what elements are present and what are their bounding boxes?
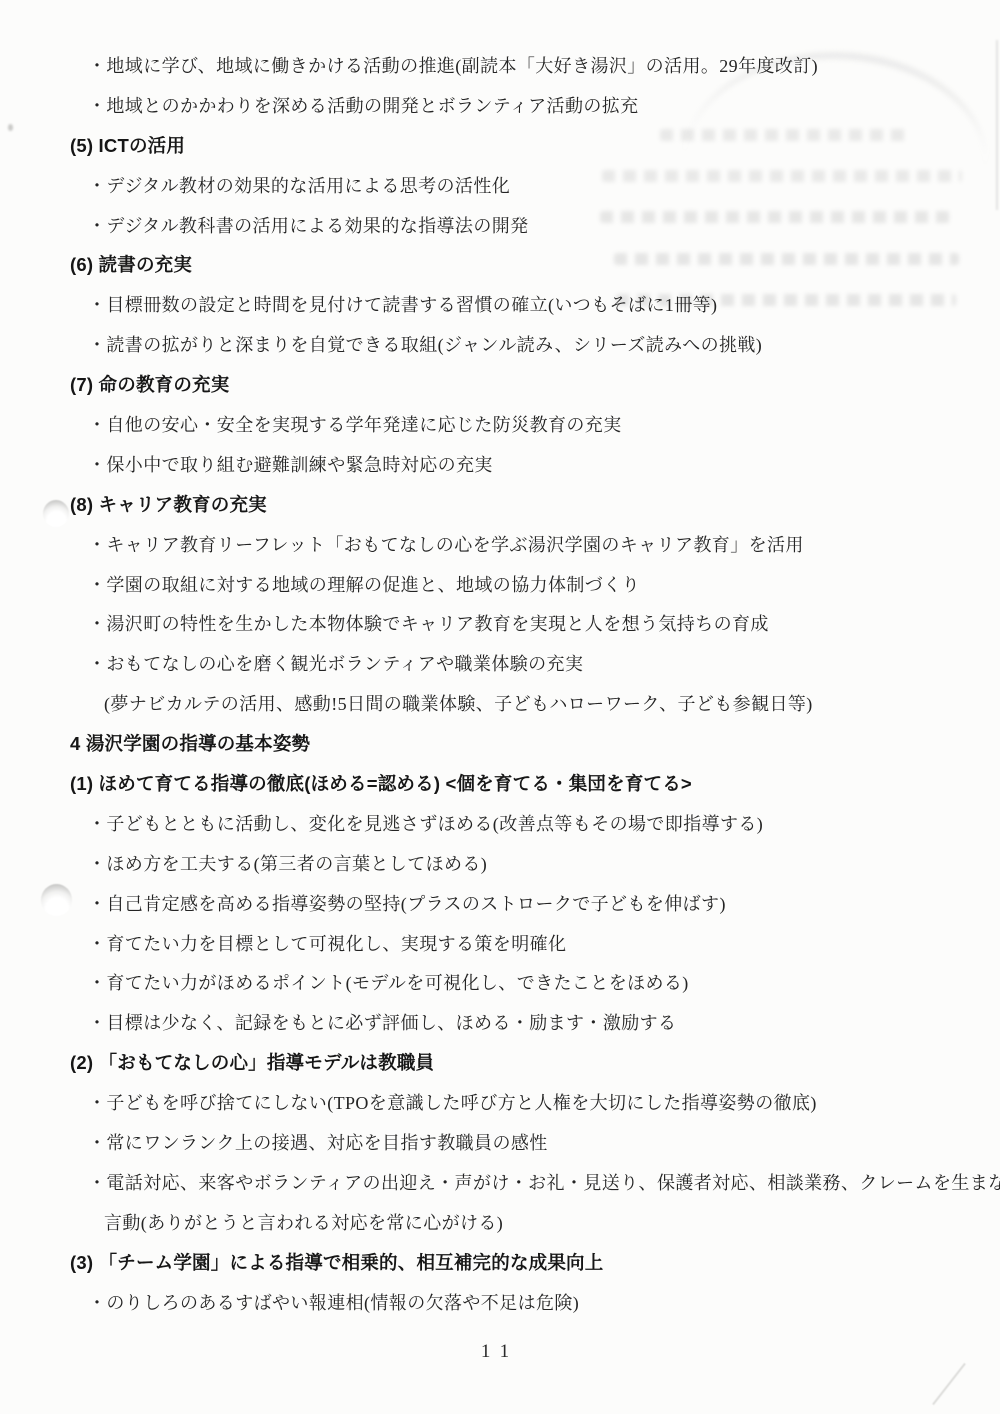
text-line: ・学園の取組に対する地域の理解の促進と、地域の協力体制づくり — [0, 571, 1000, 611]
text-line: ・デジタル教材の効果的な活用による思考の活性化 — [0, 172, 1000, 212]
text-line: ・子どもとともに活動し、変化を見逃さずほめる(改善点等もその場で即指導する) — [0, 810, 1000, 850]
heading-line: 4 湯沢学園の指導の基本姿勢 — [0, 730, 1000, 770]
heading-line: (6) 読書の充実 — [0, 251, 1000, 291]
text-line: (夢ナビカルテの活用、感動!5日間の職業体験、子どもハローワーク、子ども参観日等… — [0, 690, 1000, 730]
text-line: ・電話対応、来客やボランティアの出迎え・声がけ・お礼・見送り、保護者対応、相談業… — [0, 1169, 1000, 1209]
text-line: ・子どもを呼び捨てにしない(TPOを意識した呼び方と人権を大切にした指導姿勢の徹… — [0, 1089, 1000, 1129]
text-line: ・自己肯定感を高める指導姿勢の堅持(プラスのストロークで子どもを伸ばす) — [0, 890, 1000, 930]
text-line: 言動(ありがとうと言われる対応を常に心がける) — [0, 1209, 1000, 1249]
heading-line: (2) 「おもてなしの心」指導モデルは教職員 — [0, 1049, 1000, 1089]
heading-line: (7) 命の教育の充実 — [0, 371, 1000, 411]
heading-line: (1) ほめて育てる指導の徹底(ほめる=認める) <個を育てる・集団を育てる> — [0, 770, 1000, 810]
scan-scratch-artifact — [932, 1363, 966, 1405]
text-line: ・育てたい力がほめるポイント(モデルを可視化し、できたことをほめる) — [0, 969, 1000, 1009]
text-line: ・地域とのかかわりを深める活動の開発とボランティア活動の拡充 — [0, 92, 1000, 132]
text-line: ・デジタル教科書の活用による効果的な指導法の開発 — [0, 212, 1000, 252]
text-line: ・自他の安心・安全を実現する学年発達に応じた防災教育の充実 — [0, 411, 1000, 451]
text-line: ・地域に学び、地域に働きかける活動の推進(副読本「大好き湯沢」の活用。29年度改… — [0, 52, 1000, 92]
text-line: ・目標冊数の設定と時間を見付けて読書する習慣の確立(いつもそばに1冊等) — [0, 291, 1000, 331]
heading-line: (5) ICTの活用 — [0, 132, 1000, 172]
text-line: ・保小中で取り組む避難訓練や緊急時対応の充実 — [0, 451, 1000, 491]
scanned-document-page: ・地域に学び、地域に働きかける活動の推進(副読本「大好き湯沢」の活用。29年度改… — [0, 0, 1000, 1414]
document-body: ・地域に学び、地域に働きかける活動の推進(副読本「大好き湯沢」の活用。29年度改… — [0, 52, 1000, 1329]
text-line: ・ほめ方を工夫する(第三者の言葉としてほめる) — [0, 850, 1000, 890]
text-line: ・湯沢町の特性を生かした本物体験でキャリア教育を実現と人を想う気持ちの育成 — [0, 610, 1000, 650]
text-line: ・常にワンランク上の接遇、対応を目指す教職員の感性 — [0, 1129, 1000, 1169]
text-line: ・読書の拡がりと深まりを自覚できる取組(ジャンル読み、シリーズ読みへの挑戦) — [0, 331, 1000, 371]
heading-line: (3) 「チーム学園」による指導で相乗的、相互補完的な成果向上 — [0, 1249, 1000, 1289]
text-line: ・おもてなしの心を磨く観光ボランティアや職業体験の充実 — [0, 650, 1000, 690]
page-number: 11 — [0, 1341, 1000, 1363]
text-line: ・キャリア教育リーフレット「おもてなしの心を学ぶ湯沢学園のキャリア教育」を活用 — [0, 531, 1000, 571]
heading-line: (8) キャリア教育の充実 — [0, 491, 1000, 531]
text-line: ・育てたい力を目標として可視化し、実現する策を明確化 — [0, 930, 1000, 970]
text-line: ・目標は少なく、記録をもとに必ず評価し、ほめる・励ます・激励する — [0, 1009, 1000, 1049]
text-line: ・のりしろのあるすばやい報連相(情報の欠落や不足は危険) — [0, 1289, 1000, 1329]
